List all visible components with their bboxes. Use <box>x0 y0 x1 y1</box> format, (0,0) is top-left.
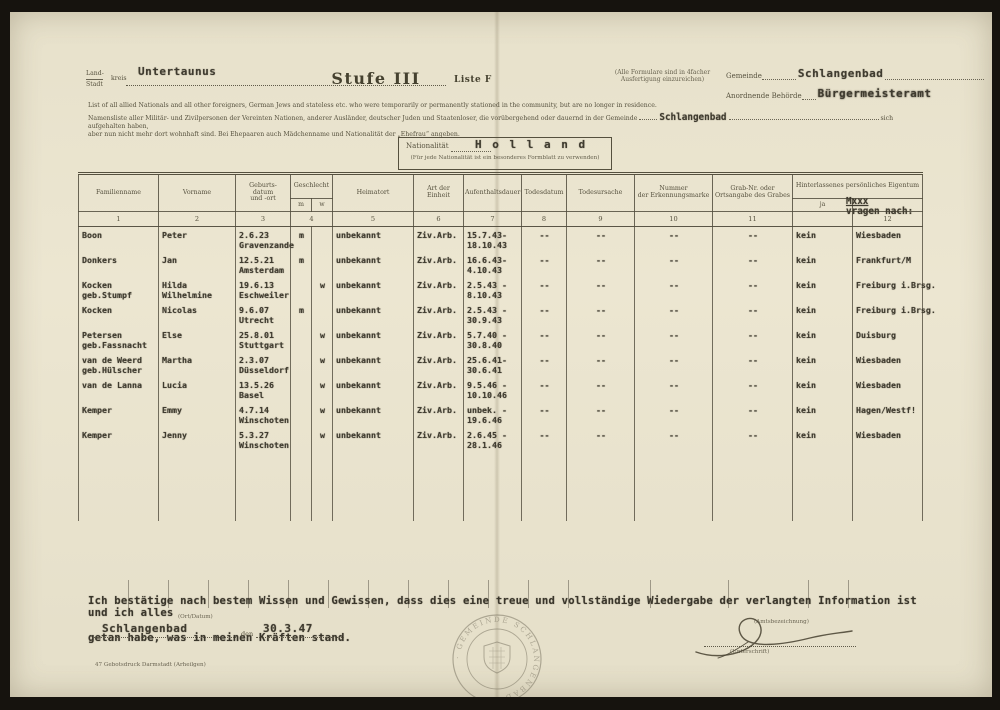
table-row: BoonPeter2.6.23 GravenzandemunbekanntZiv… <box>79 227 923 252</box>
cell-heimatort: unbekannt <box>333 277 414 302</box>
intro-paragraph: List of all allied Nationals and all oth… <box>88 102 918 138</box>
cell-nachfrage: Duisburg <box>853 327 923 352</box>
nationality-box: Nationalität H o l l a n d (Für jede Nat… <box>398 137 612 170</box>
colnum-7: 7 <box>464 212 522 227</box>
cell-w: w <box>312 277 333 302</box>
empty-cell <box>853 452 923 521</box>
cell-aufenthalt: 2.5.43 - 8.10.43 <box>464 277 522 302</box>
table-row: DonkersJan12.5.21 AmsterdammunbekanntZiv… <box>79 252 923 277</box>
col-vorname: Vorname <box>159 174 236 212</box>
empty-cell <box>79 452 159 521</box>
cell-m: m <box>291 302 312 327</box>
crease-tick <box>848 580 849 608</box>
col-familienname: Familienname <box>79 174 159 212</box>
cell-marke: -- <box>635 327 713 352</box>
empty-cell <box>291 452 312 521</box>
header-number-row: 1 2 3 4 5 6 7 8 9 10 11 12 <box>79 212 923 227</box>
colnum-12a <box>793 212 853 227</box>
col-todesdatum: Todesdatum <box>522 174 567 212</box>
gemeinde-dots-right <box>885 70 984 80</box>
cell-todesursache: -- <box>567 427 635 452</box>
cell-marke: -- <box>635 302 713 327</box>
cell-aufenthalt: 15.7.43- 18.10.43 <box>464 227 522 252</box>
cell-aufenthalt: unbek. - 19.6.46 <box>464 402 522 427</box>
cell-eigentum: kein <box>793 227 853 252</box>
cell-heimatort: unbekannt <box>333 327 414 352</box>
cell-aufenthalt: 2.5.43 - 30.9.43 <box>464 302 522 327</box>
behoerde-row: Anordnende Behörde Bürgermeisteramt <box>726 88 984 100</box>
cell-m: m <box>291 252 312 277</box>
colnum-4: 4 <box>291 212 333 227</box>
empty-cell <box>464 452 522 521</box>
cell-grab: -- <box>713 402 793 427</box>
intro-line1: List of all allied Nationals and all oth… <box>88 102 918 109</box>
col-todesursache: Todesursache <box>567 174 635 212</box>
colnum-10: 10 <box>635 212 713 227</box>
colnum-3: 3 <box>236 212 291 227</box>
cell-todesdatum: -- <box>522 277 567 302</box>
crease-tick <box>488 580 489 608</box>
cell-eigentum: kein <box>793 427 853 452</box>
cell-nachfrage: Wiesbaden <box>853 227 923 252</box>
cell-familienname: van de Weerd geb.Hülscher <box>79 352 159 377</box>
col-geburt: Geburts- datum und -ort <box>236 174 291 212</box>
behoerde-value: Bürgermeisteramt <box>818 88 932 100</box>
cell-marke: -- <box>635 352 713 377</box>
crease-tick <box>408 580 409 608</box>
crease-tick <box>728 580 729 608</box>
cell-todesursache: -- <box>567 277 635 302</box>
nationality-value: H o l l a n d <box>475 139 587 151</box>
crease-tick <box>168 580 169 608</box>
cell-w <box>312 252 333 277</box>
crease-tick <box>368 580 369 608</box>
cell-vorname: Lucia <box>159 377 236 402</box>
den-label: den <box>241 630 253 638</box>
table-extension-row <box>79 452 923 521</box>
cell-m <box>291 352 312 377</box>
cell-todesdatum: -- <box>522 327 567 352</box>
cell-grab: -- <box>713 352 793 377</box>
persons-table: Familienname Vorname Geburts- datum und … <box>78 172 923 521</box>
cell-einheit: Ziv.Arb. <box>414 227 464 252</box>
col12-note-line2: vragen nach: <box>846 207 956 217</box>
col-grab: Grab-Nr. oder Ortsangabe des Grabes <box>713 174 793 212</box>
cell-heimatort: unbekannt <box>333 227 414 252</box>
cell-grab: -- <box>713 277 793 302</box>
cell-geburt: 4.7.14 Winschoten <box>236 402 291 427</box>
crease-tick <box>208 580 209 608</box>
cell-marke: -- <box>635 277 713 302</box>
empty-cell <box>159 452 236 521</box>
nationality-label: Nationalität <box>406 142 449 150</box>
col-einheit: Art der Einheit <box>414 174 464 212</box>
empty-cell <box>236 452 291 521</box>
cell-familienname: Boon <box>79 227 159 252</box>
empty-cell <box>414 452 464 521</box>
cell-vorname: Jenny <box>159 427 236 452</box>
colnum-11: 11 <box>713 212 793 227</box>
intro-gemeinde-value: Schlangenbad <box>659 112 726 123</box>
cell-vorname: Else <box>159 327 236 352</box>
colnum-6: 6 <box>414 212 464 227</box>
cell-aufenthalt: 25.6.41- 30.6.41 <box>464 352 522 377</box>
empty-cell <box>793 452 853 521</box>
crease-tick <box>128 580 129 608</box>
cell-todesursache: -- <box>567 352 635 377</box>
cell-eigentum: kein <box>793 327 853 352</box>
cell-w: w <box>312 377 333 402</box>
cell-einheit: Ziv.Arb. <box>414 252 464 277</box>
crease-tick <box>568 580 569 608</box>
cell-nachfrage: Hagen/Westf! <box>853 402 923 427</box>
cell-einheit: Ziv.Arb. <box>414 427 464 452</box>
cell-geburt: 5.3.27 Winschoten <box>236 427 291 452</box>
cell-geburt: 2.6.23 Gravenzande <box>236 227 291 252</box>
cell-familienname: van de Lanna <box>79 377 159 402</box>
stadt-label: Stadt <box>86 79 103 88</box>
date-line <box>256 624 344 638</box>
crease-tick <box>328 580 329 608</box>
cell-todesdatum: -- <box>522 377 567 402</box>
cell-familienname: Kocken geb.Stumpf <box>79 277 159 302</box>
cell-w: w <box>312 427 333 452</box>
cell-eigentum: kein <box>793 377 853 402</box>
col-eigentum: Hinterlassenes persönliches Eigentum <box>793 174 923 199</box>
col12-typed-note: Mxxx vragen nach: <box>846 197 956 217</box>
signature <box>688 608 863 666</box>
crease-tick <box>808 580 809 608</box>
table-row: van de Weerd geb.HülscherMartha2.3.07 Dü… <box>79 352 923 377</box>
cell-einheit: Ziv.Arb. <box>414 377 464 402</box>
cell-w: w <box>312 402 333 427</box>
kreis-label: kreis <box>111 75 127 82</box>
intro-dots-right <box>729 110 879 120</box>
cell-familienname: Kocken <box>79 302 159 327</box>
cell-grab: -- <box>713 227 793 252</box>
table-row: KemperJenny5.3.27 WinschotenwunbekanntZi… <box>79 427 923 452</box>
cell-geburt: 9.6.07 Utrecht <box>236 302 291 327</box>
cell-marke: -- <box>635 227 713 252</box>
cell-m <box>291 277 312 302</box>
cell-todesdatum: -- <box>522 352 567 377</box>
cell-einheit: Ziv.Arb. <box>414 352 464 377</box>
cell-familienname: Kemper <box>79 427 159 452</box>
cell-todesdatum: -- <box>522 402 567 427</box>
cell-aufenthalt: 16.6.43- 4.10.43 <box>464 252 522 277</box>
cell-vorname: Hilda Wilhelmine <box>159 277 236 302</box>
header-label-row: Familienname Vorname Geburts- datum und … <box>79 174 923 199</box>
cell-nachfrage: Wiesbaden <box>853 427 923 452</box>
cell-eigentum: kein <box>793 402 853 427</box>
cell-geburt: 13.5.26 Basel <box>236 377 291 402</box>
liste-label: Liste F <box>454 75 492 85</box>
cell-einheit: Ziv.Arb. <box>414 402 464 427</box>
land-label: Land- <box>86 70 104 77</box>
cell-heimatort: unbekannt <box>333 352 414 377</box>
behoerde-dots <box>802 90 816 100</box>
colnum-5: 5 <box>333 212 414 227</box>
cell-grab: -- <box>713 327 793 352</box>
col-heimatort: Heimatort <box>333 174 414 212</box>
empty-cell <box>635 452 713 521</box>
copies-note: (Alle Formulare sind in 4facher Ausferti… <box>595 70 730 84</box>
colnum-8: 8 <box>522 212 567 227</box>
cell-geburt: 2.3.07 Düsseldorf <box>236 352 291 377</box>
cell-w: w <box>312 327 333 352</box>
cell-nachfrage: Wiesbaden <box>853 377 923 402</box>
cell-heimatort: unbekannt <box>333 377 414 402</box>
sub-m: m <box>291 199 312 212</box>
cell-eigentum: kein <box>793 302 853 327</box>
cell-grab: -- <box>713 302 793 327</box>
cell-einheit: Ziv.Arb. <box>414 302 464 327</box>
cell-m <box>291 327 312 352</box>
behoerde-label: Anordnende Behörde <box>726 92 802 100</box>
cell-nachfrage: Wiesbaden <box>853 352 923 377</box>
cell-m <box>291 402 312 427</box>
cell-todesdatum: -- <box>522 302 567 327</box>
cell-grab: -- <box>713 427 793 452</box>
cell-m <box>291 427 312 452</box>
cell-aufenthalt: 5.7.40 - 30.8.40 <box>464 327 522 352</box>
official-stamp: · GEMEINDE SCHLANGENBAD · <box>447 609 547 697</box>
table-row: KockenNicolas9.6.07 UtrechtmunbekanntZiv… <box>79 302 923 327</box>
copies-note-line2: Ausfertigung einzureichen) <box>595 77 730 84</box>
cell-vorname: Emmy <box>159 402 236 427</box>
cell-todesursache: -- <box>567 377 635 402</box>
sub-ja: ja <box>793 199 853 212</box>
cell-eigentum: kein <box>793 277 853 302</box>
colnum-1: 1 <box>79 212 159 227</box>
colnum-2: 2 <box>159 212 236 227</box>
paper: Land- Stadt kreis Untertaunus Stufe III … <box>10 12 992 697</box>
cell-geburt: 12.5.21 Amsterdam <box>236 252 291 277</box>
cell-vorname: Martha <box>159 352 236 377</box>
stamp-emblem <box>484 642 510 673</box>
cell-marke: -- <box>635 402 713 427</box>
cell-marke: -- <box>635 252 713 277</box>
crease-tick <box>528 580 529 608</box>
nationality-note: (Für jede Nationalität ist ein besondere… <box>399 155 611 161</box>
cell-familienname: Petersen geb.Fassnacht <box>79 327 159 352</box>
empty-cell <box>713 452 793 521</box>
cell-eigentum: kein <box>793 352 853 377</box>
cell-geburt: 19.6.13 Eschweiler <box>236 277 291 302</box>
cell-marke: -- <box>635 427 713 452</box>
gemeinde-label: Gemeinde <box>726 72 762 80</box>
empty-cell <box>312 452 333 521</box>
empty-cell <box>567 452 635 521</box>
ort-line <box>94 624 236 638</box>
scanned-page: Land- Stadt kreis Untertaunus Stufe III … <box>0 0 1000 710</box>
cell-todesursache: -- <box>567 227 635 252</box>
cell-w: w <box>312 352 333 377</box>
cell-todesursache: -- <box>567 302 635 327</box>
crease-tick <box>248 580 249 608</box>
table-row: Kocken geb.StumpfHilda Wilhelmine19.6.13… <box>79 277 923 302</box>
kreis-value: Untertaunus <box>138 66 216 78</box>
cell-nachfrage: Freiburg i.Brsg. <box>853 277 923 302</box>
gemeinde-row: Gemeinde Schlangenbad <box>726 68 984 80</box>
gemeinde-value: Schlangenbad <box>798 68 883 80</box>
gemeinde-dots-left <box>762 70 796 80</box>
col-aufenthalt: Aufenthaltsdauer <box>464 174 522 212</box>
cell-einheit: Ziv.Arb. <box>414 277 464 302</box>
cell-todesursache: -- <box>567 327 635 352</box>
cell-nachfrage: Frankfurt/M <box>853 252 923 277</box>
intro-dots-left <box>639 110 657 120</box>
cell-m <box>291 377 312 402</box>
cell-vorname: Peter <box>159 227 236 252</box>
cell-heimatort: unbekannt <box>333 402 414 427</box>
sub-w: w <box>312 199 333 212</box>
cell-aufenthalt: 9.5.46 - 10.10.46 <box>464 377 522 402</box>
intro-line2: Namensliste aller Militär- und Zivilpers… <box>88 110 918 130</box>
printer-imprint: 47 Gebotsdruck Darmstadt (Arheilgen) <box>95 662 206 668</box>
cell-geburt: 25.8.01 Stuttgart <box>236 327 291 352</box>
table-row: KemperEmmy4.7.14 WinschotenwunbekanntZiv… <box>79 402 923 427</box>
colnum-9: 9 <box>567 212 635 227</box>
empty-cell <box>522 452 567 521</box>
empty-cell <box>333 452 414 521</box>
cell-marke: -- <box>635 377 713 402</box>
cell-familienname: Kemper <box>79 402 159 427</box>
cell-familienname: Donkers <box>79 252 159 277</box>
cell-grab: -- <box>713 377 793 402</box>
col-geschlecht: Geschlecht <box>291 174 333 199</box>
cell-todesursache: -- <box>567 402 635 427</box>
table-row: van de LannaLucia13.5.26 Baselwunbekannt… <box>79 377 923 402</box>
form-title: Stufe III <box>328 69 424 88</box>
cell-grab: -- <box>713 252 793 277</box>
cell-eigentum: kein <box>793 252 853 277</box>
crease-tick <box>650 580 651 608</box>
cell-todesdatum: -- <box>522 227 567 252</box>
cell-einheit: Ziv.Arb. <box>414 327 464 352</box>
cell-vorname: Nicolas <box>159 302 236 327</box>
table-row: Petersen geb.FassnachtElse25.8.01 Stuttg… <box>79 327 923 352</box>
cell-w <box>312 302 333 327</box>
cell-todesdatum: -- <box>522 427 567 452</box>
cell-heimatort: unbekannt <box>333 427 414 452</box>
col-marke: Nummer der Erkennungsmarke <box>635 174 713 212</box>
cell-w <box>312 227 333 252</box>
intro-line2-pre: Namensliste aller Militär- und Zivilpers… <box>88 115 637 122</box>
cell-heimatort: unbekannt <box>333 252 414 277</box>
ort-datum-label: (Ort/Datum) <box>178 614 213 620</box>
cell-heimatort: unbekannt <box>333 302 414 327</box>
cell-todesursache: -- <box>567 252 635 277</box>
cell-todesdatum: -- <box>522 252 567 277</box>
cell-aufenthalt: 2.6.45 - 28.1.46 <box>464 427 522 452</box>
crease-tick <box>448 580 449 608</box>
cell-nachfrage: Freiburg i.Brsg. <box>853 302 923 327</box>
cell-vorname: Jan <box>159 252 236 277</box>
crease-tick <box>288 580 289 608</box>
